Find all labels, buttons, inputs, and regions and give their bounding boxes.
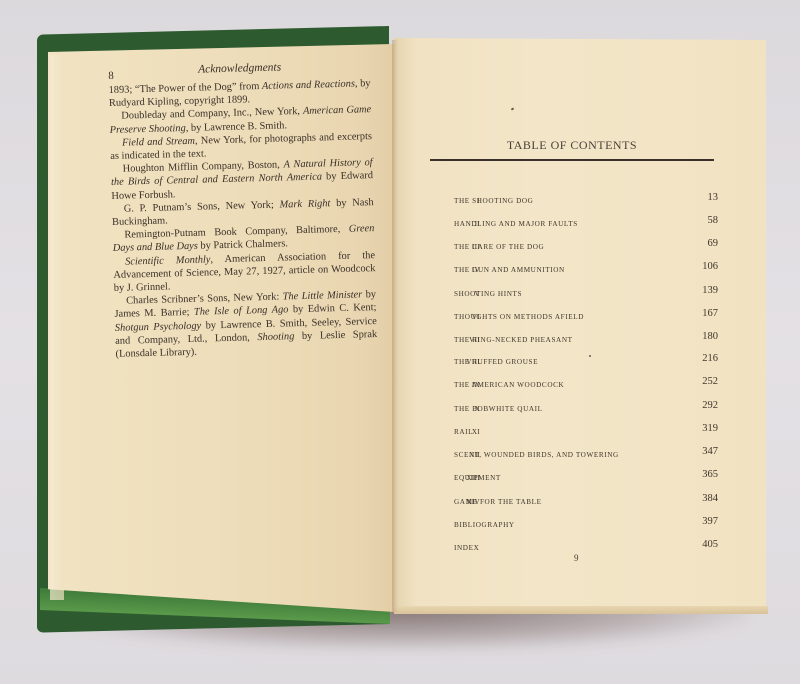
work-title: Shooting — [257, 331, 294, 343]
chapter-title: RAIL — [454, 428, 473, 436]
chapter-title: THE CARE OF THE DOG — [454, 243, 544, 251]
chapter-title: THE AMERICAN WOODCOCK — [454, 381, 564, 389]
chapter-page: 292 — [702, 400, 718, 411]
chapter-title: SHOOTING HINTS — [454, 290, 522, 298]
toc-entry: XIISCENT, WOUNDED BIRDS, AND TOWERING347 — [430, 448, 724, 462]
acknowledgments-text: 8 Acknowledgments 1893; “The Power of th… — [108, 59, 378, 361]
toc-entry: BIBLIOGRAPHY397 — [430, 518, 724, 532]
acknowledgment-paragraph: Scientific Monthly, American Association… — [113, 249, 376, 295]
chapter-page: 167 — [702, 308, 718, 319]
text-segment: , by Lawrence B. Smith. — [186, 120, 288, 134]
chapter-page: 397 — [702, 516, 718, 527]
toc-entry: XIVGAME FOR THE TABLE384 — [430, 495, 724, 509]
chapter-page: 180 — [702, 331, 718, 342]
text-segment: G. P. Putnam’s Sons, New York; — [124, 199, 280, 214]
chapter-page: 58 — [708, 215, 719, 226]
toc-entry: IIHANDLING AND MAJOR FAULTS58 — [430, 217, 724, 231]
chapter-page: 252 — [702, 376, 718, 387]
paper-speck — [589, 355, 591, 357]
page-number-left: 8 — [108, 70, 114, 83]
toc-entry: XTHE BOBWHITE QUAIL292 — [430, 402, 724, 416]
toc-entry: IXTHE AMERICAN WOODCOCK252 — [430, 378, 724, 392]
chapter-title: GAME FOR THE TABLE — [454, 498, 542, 506]
chapter-page: 106 — [702, 261, 718, 272]
acknowledgment-paragraph: Houghton Mifflin Company, Boston, A Natu… — [111, 156, 374, 202]
toc-entry: VIIITHE RUFFED GROUSE216 — [430, 355, 724, 369]
toc-entry: ITHE SHOOTING DOG13 — [430, 194, 724, 208]
toc-entry: XIIIEQUIPMENT365 — [430, 471, 724, 485]
toc-title: TABLE OF CONTENTS — [430, 138, 714, 153]
work-title: The Isle of Long Ago — [194, 305, 289, 318]
toc-entry: IIITHE CARE OF THE DOG69 — [430, 240, 724, 254]
toc-entry: XIRAIL319 — [430, 425, 724, 439]
left-page-edges — [50, 55, 64, 600]
text-segment: by Edwin C. Kent; — [288, 303, 376, 316]
work-title: Actions and Reactions — [262, 79, 355, 92]
toc-entry: VSHOOTING HINTS139 — [430, 287, 724, 301]
chapter-page: 384 — [702, 493, 718, 504]
chapter-title: EQUIPMENT — [454, 474, 501, 482]
chapter-title: HANDLING AND MAJOR FAULTS — [454, 220, 578, 228]
chapter-page: 13 — [708, 192, 719, 203]
chapter-page: 319 — [702, 423, 718, 434]
chapter-title: THE RING-NECKED PHEASANT — [454, 336, 573, 344]
work-title: Scientific Monthly — [125, 254, 211, 267]
chapter-title: THE BOBWHITE QUAIL — [454, 405, 543, 413]
book-gutter — [392, 40, 398, 612]
toc-rule — [430, 159, 714, 161]
work-title: Shotgun Psychology — [115, 320, 202, 333]
chapter-title: INDEX — [454, 544, 479, 552]
text-segment: by Patrick Chalmers. — [198, 239, 288, 252]
chapter-page: 347 — [702, 446, 718, 457]
toc-entry: VITHOUGHTS ON METHODS AFIELD167 — [430, 310, 724, 324]
chapter-title: THOUGHTS ON METHODS AFIELD — [454, 313, 584, 321]
chapter-page: 139 — [702, 285, 718, 296]
right-page-edges — [394, 606, 768, 614]
chapter-title: BIBLIOGRAPHY — [454, 521, 515, 529]
chapter-page: 365 — [702, 469, 718, 480]
chapter-page: 405 — [702, 539, 718, 550]
acknowledgment-paragraph: Charles Scribner’s Sons, New York: The L… — [114, 288, 378, 361]
chapter-title: SCENT, WOUNDED BIRDS, AND TOWERING — [454, 451, 619, 459]
page-number-right: 9 — [574, 553, 579, 563]
acknowledgments-body: 1893; “The Power of the Dog” from Action… — [108, 77, 377, 361]
chapter-page: 69 — [708, 238, 719, 249]
work-title: Field and Stream — [122, 136, 195, 149]
chapter-title: THE RUFFED GROUSE — [454, 358, 538, 366]
work-title: Mark Right — [279, 198, 330, 210]
chapter-page: 216 — [702, 353, 718, 364]
work-title: The Little Minister — [283, 290, 363, 303]
chapter-title: THE SHOOTING DOG — [454, 197, 533, 205]
chapter-title: THE GUN AND AMMUNITION — [454, 266, 565, 274]
toc-entry: IVTHE GUN AND AMMUNITION106 — [430, 263, 724, 277]
running-head-title: Acknowledgments — [198, 61, 281, 76]
toc-entry: VIITHE RING-NECKED PHEASANT180 — [430, 333, 724, 347]
